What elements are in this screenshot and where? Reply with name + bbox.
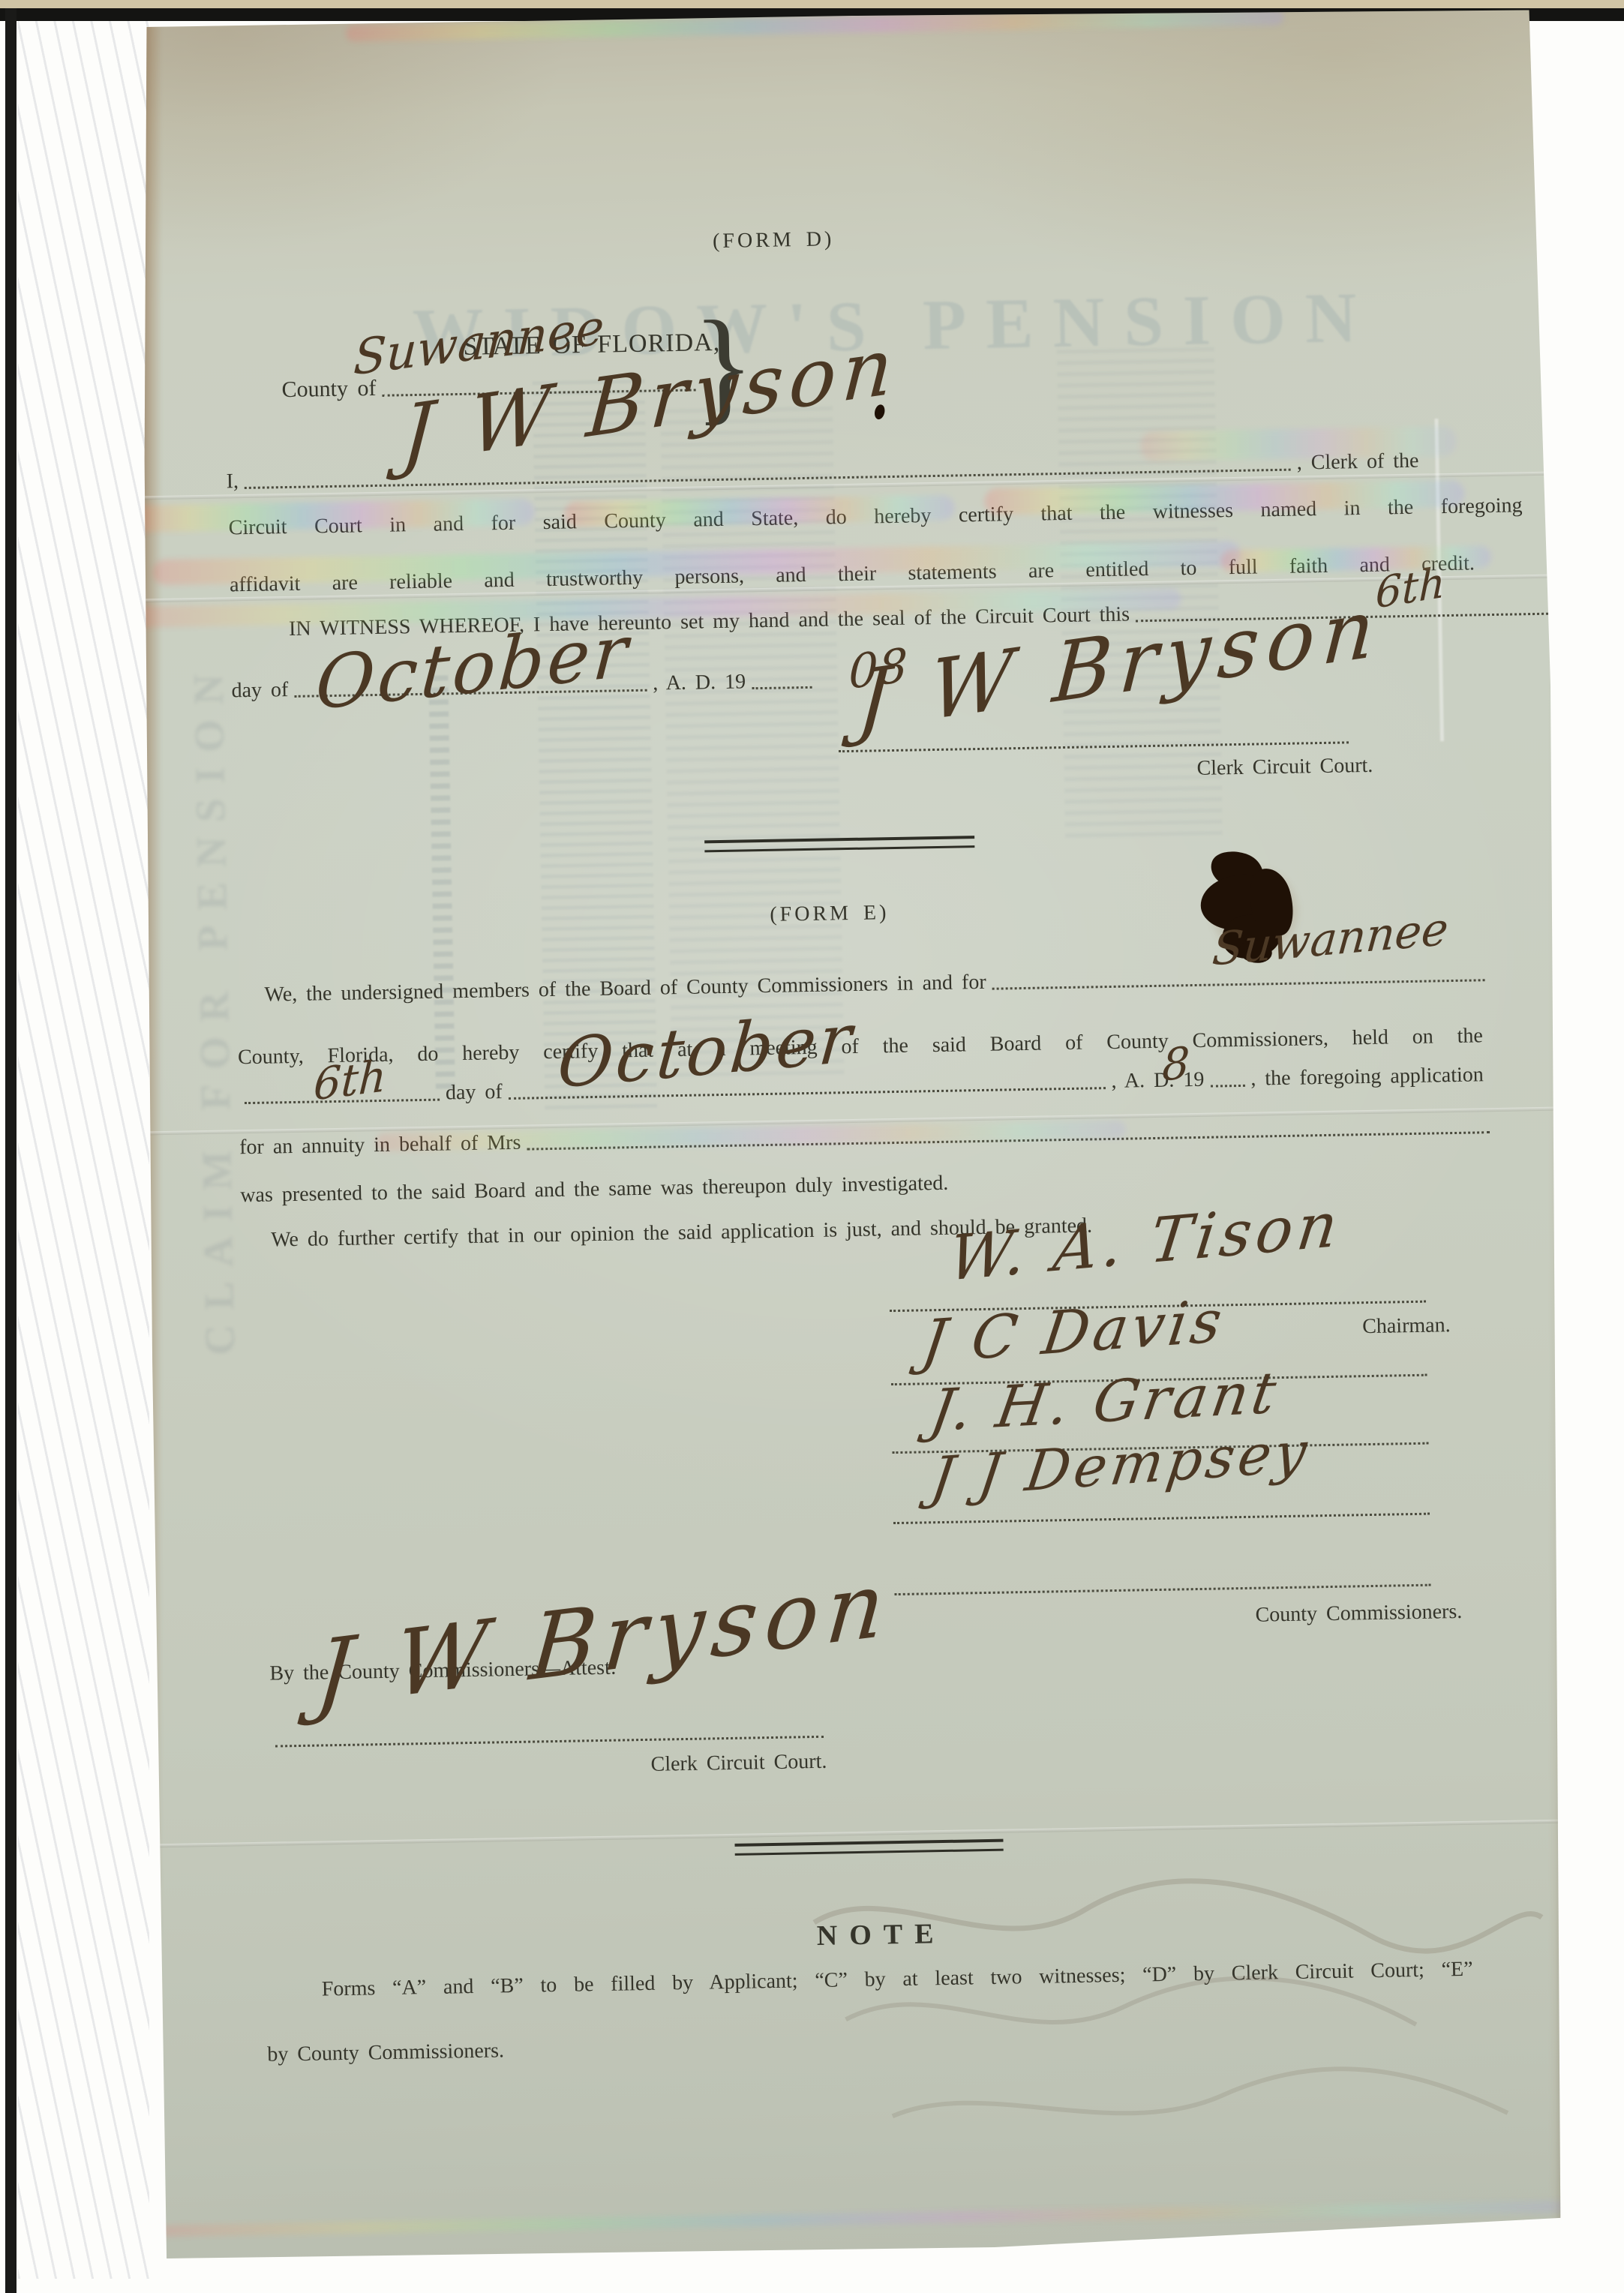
signature-dotted-line xyxy=(893,1513,1430,1524)
scanner-frame-left xyxy=(5,8,17,2293)
chairman-label: Chairman. xyxy=(1193,1313,1451,1342)
year-dotted-line xyxy=(752,686,812,689)
holographic-glint xyxy=(1220,545,1490,572)
note-line-2: by County Commissioners. xyxy=(267,2039,504,2067)
clerk-circuit-court-label-1: Clerk Circuit Court. xyxy=(1196,754,1373,781)
year-handwriting-8: 8 xyxy=(1161,1037,1190,1091)
form-d-label: (FORM D) xyxy=(691,227,857,254)
i-label: I, xyxy=(226,470,239,494)
plastic-sleeve-edge xyxy=(18,21,149,2279)
board-certify-line-2: County, Florida, do hereby certify that … xyxy=(238,1024,1483,1070)
presented-line: was presented to the said Board and the … xyxy=(240,1172,949,1208)
day-of-label-2: day of xyxy=(446,1080,503,1105)
ad-19-label: , A. D. 19 xyxy=(653,670,746,695)
meeting-date-line: day of , A. D. 19 , the foregoing applic… xyxy=(239,1063,1484,1109)
county-dotted-line-2 xyxy=(992,979,1485,989)
signature-dotted-line xyxy=(275,1736,824,1748)
county-commissioners-label: County Commissioners. xyxy=(1199,1600,1463,1628)
ghost-column xyxy=(428,668,455,1088)
form-e-label: (FORM E) xyxy=(747,901,913,928)
note-divider-rule xyxy=(734,1839,1003,1856)
form-content: WIDOW'S PENSION CLAIM FOR PENSION (FORM … xyxy=(121,0,1585,2275)
day-handwriting-6th-2: 6th xyxy=(312,1050,387,1111)
day-of-label: day of xyxy=(231,678,288,703)
year-dotted-line-2 xyxy=(1210,1085,1244,1088)
foregoing-application-label: , the foregoing application xyxy=(1250,1063,1484,1091)
scanned-document-page: WIDOW'S PENSION CLAIM FOR PENSION (FORM … xyxy=(0,0,1624,2293)
clerk-circuit-court-label-2: Clerk Circuit Court. xyxy=(650,1750,827,1777)
ad-19-label-2: , A. D. 19 xyxy=(1111,1068,1204,1094)
signature-jw-bryson-3: J W Bryson xyxy=(312,1551,896,1728)
holographic-glint xyxy=(159,2201,1569,2237)
signature-chairman-tison: W. A. Tison xyxy=(945,1189,1346,1295)
pension-form-paper: WIDOW'S PENSION CLAIM FOR PENSION (FORM … xyxy=(140,9,1565,2263)
holographic-glint xyxy=(1141,426,1457,461)
ghost-handwriting-marks xyxy=(798,1850,1553,2185)
empty-signature-dotted-line xyxy=(895,1584,1431,1595)
